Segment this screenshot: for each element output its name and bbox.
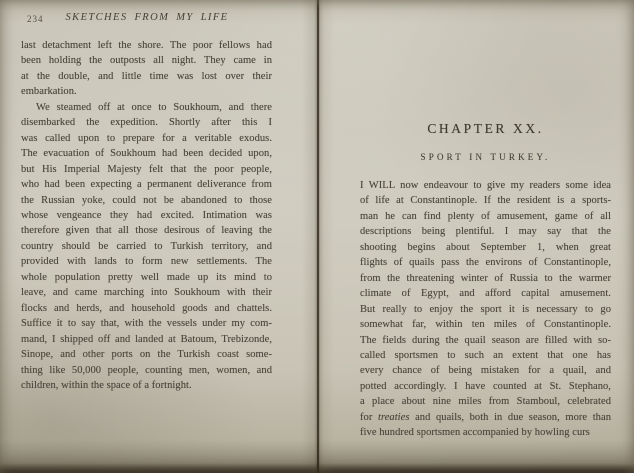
running-head: 234 SKETCHES FROM MY LIFE bbox=[21, 12, 273, 26]
text-line: flocks and herds, and household goods an… bbox=[21, 301, 272, 316]
text-line: mand, I shipped off and landed at Batoum… bbox=[21, 332, 272, 347]
text-line: provided with lands to form new settleme… bbox=[21, 254, 272, 269]
text-line: been holding the outposts all night. The… bbox=[21, 53, 272, 68]
text-line: a place about nine miles from Stamboul, … bbox=[360, 394, 611, 409]
text-line: last detachment left the shore. The poor… bbox=[21, 38, 272, 53]
text-line: thing like 50,000 people, counting men, … bbox=[21, 363, 272, 378]
running-title: SKETCHES FROM MY LIFE bbox=[21, 12, 273, 23]
text-line: for treaties and quails, both in due sea… bbox=[360, 410, 611, 425]
text-line: shooting begins about September 1, when … bbox=[360, 240, 611, 255]
text-line: from the threatening winter of Russia to… bbox=[360, 271, 611, 286]
text-line: who had been expecting a permanent deliv… bbox=[21, 177, 272, 192]
text-line: five hundred sportsmen accompanied by ho… bbox=[360, 425, 611, 440]
text-line: whose vengeance they had excited. Intima… bbox=[21, 208, 272, 223]
text-line: therefore given that all those desirous … bbox=[21, 223, 272, 238]
text-line: Suffice it to say that, with the vessels… bbox=[21, 316, 272, 331]
text-line: of life at Constantinople. If the reside… bbox=[360, 193, 611, 208]
text-line: but His Imperial Majesty felt that the p… bbox=[21, 162, 272, 177]
left-page-text: last detachment left the shore. The poor… bbox=[21, 38, 272, 393]
book-spread-photo: 234 SKETCHES FROM MY LIFE last detachmen… bbox=[0, 0, 634, 473]
text-line: called sportsmen to such an extent that … bbox=[360, 348, 611, 363]
chapter-subtitle: SPORT IN TURKEY. bbox=[360, 152, 611, 162]
text-line: country should be carried to Turkish ter… bbox=[21, 239, 272, 254]
text-line: disembarked the expedition. Shortly afte… bbox=[21, 115, 272, 130]
text-line: whole population pretty well made up its… bbox=[21, 270, 272, 285]
text-line: children, within the space of a fortnigh… bbox=[21, 378, 272, 393]
text-line: at the double, and little time was lost … bbox=[21, 69, 272, 84]
text-line: man he can find plenty of amusement, gam… bbox=[360, 209, 611, 224]
text-line: Sinope, and other ports on the Turkish c… bbox=[21, 347, 272, 362]
text-line: every chance of being mistaken for a qua… bbox=[360, 363, 611, 378]
chapter-heading: CHAPTER XX. bbox=[360, 121, 611, 137]
text-line: climate of Egypt, and afford capital amu… bbox=[360, 286, 611, 301]
text-line: was called upon to prepare for a veritab… bbox=[21, 131, 272, 146]
text-line: descriptions being plentiful. I may say … bbox=[360, 224, 611, 239]
text-line: The evacuation of Soukhoum had been deci… bbox=[21, 146, 272, 161]
text-line: The fields during the quail season are f… bbox=[360, 333, 611, 348]
text-line: We steamed off at once to Soukhoum, and … bbox=[21, 100, 272, 115]
text-line: potted accordingly. I have counted at St… bbox=[360, 379, 611, 394]
text-line: the Russian yoke, could not be abandoned… bbox=[21, 193, 272, 208]
text-line: flights of quails pass the environs of C… bbox=[360, 255, 611, 270]
text-line: But really to enjoy the sport it is nece… bbox=[360, 302, 611, 317]
left-page: 234 SKETCHES FROM MY LIFE last detachmen… bbox=[0, 0, 317, 473]
text-line: embarkation. bbox=[21, 84, 272, 99]
right-page-text: I WILL now endeavour to give my readers … bbox=[360, 178, 611, 441]
text-line: leave, and came marching into Soukhoum w… bbox=[21, 285, 272, 300]
page-number: 234 bbox=[27, 14, 44, 24]
text-line: somewhat far, within ten miles of Consta… bbox=[360, 317, 611, 332]
text-line: I WILL now endeavour to give my readers … bbox=[360, 178, 611, 193]
